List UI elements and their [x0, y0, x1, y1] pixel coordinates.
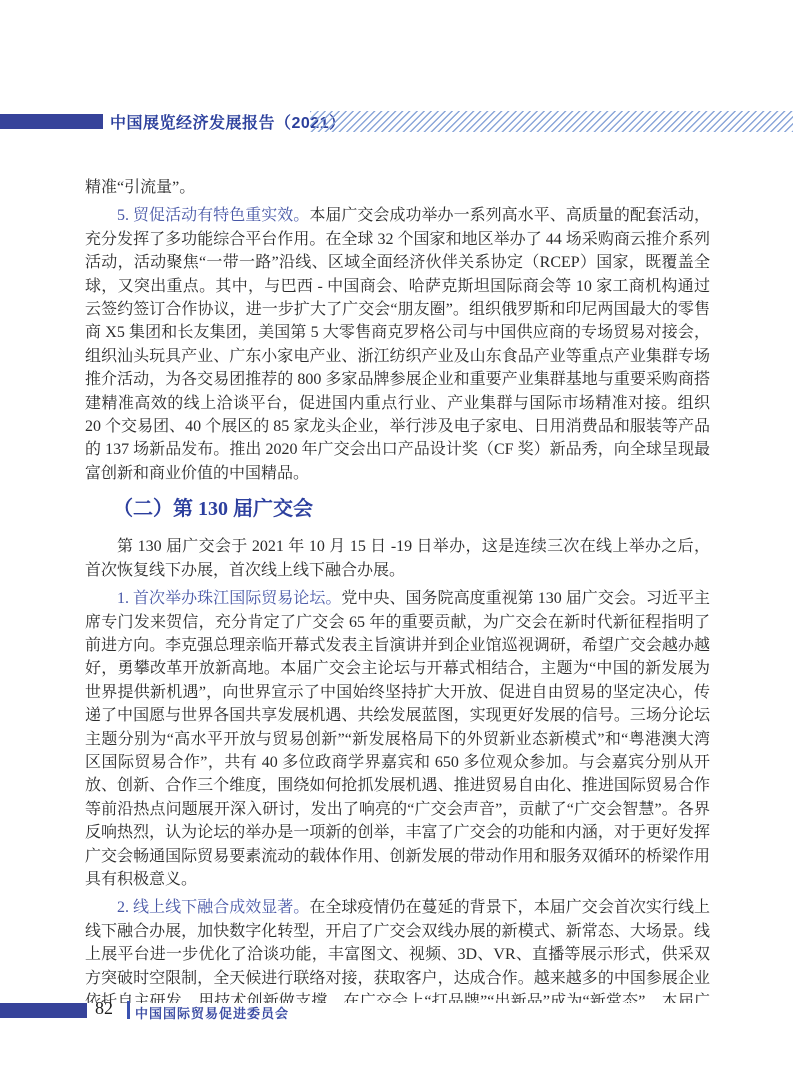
page-header: 中国展览经济发展报告（2021）	[0, 110, 793, 136]
paragraph-point5: 5. 贸促活动有特色重实效。本届广交会成功举办一系列高水平、高质量的配套活动，充…	[85, 204, 710, 485]
paragraph-point2: 2. 线上线下融合成效显著。在全球疫情仍在蔓延的背景下，本届广交会首次实行线上线…	[85, 896, 710, 1003]
point5-lead-sentence: 5. 贸促活动有特色重实效。	[117, 207, 309, 224]
paragraph-carryover: 精准“引流量”。	[85, 176, 710, 199]
report-page: 中国展览经济发展报告（2021） 精准“引流量”。 5. 贸促活动有特色重实效。…	[0, 0, 793, 1077]
page-footer: 82 中国国际贸易促进委员会	[0, 995, 793, 1025]
footer-divider	[127, 1001, 130, 1019]
point2-lead-sentence: 2. 线上线下融合成效显著。	[117, 899, 309, 916]
point1-body-text: 党中央、国务院高度重视第 130 届广交会。习近平主席专门发来贺信，充分肯定了广…	[85, 590, 710, 888]
footer-accent-bar	[0, 1003, 87, 1018]
point5-body-text: 本届广交会成功举办一系列高水平、高质量的配套活动，充分发挥了多功能综合平台作用。…	[85, 207, 710, 481]
page-number: 82	[95, 998, 113, 1019]
point1-lead-sentence: 1. 首次举办珠江国际贸易论坛。	[117, 590, 341, 607]
hatch-pattern-decoration	[310, 111, 793, 132]
organization-name: 中国国际贸易促进委员会	[135, 1003, 289, 1022]
paragraph-point1: 1. 首次举办珠江国际贸易论坛。党中央、国务院高度重视第 130 届广交会。习近…	[85, 587, 710, 891]
page-body: 精准“引流量”。 5. 贸促活动有特色重实效。本届广交会成功举办一系列高水平、高…	[85, 176, 710, 1003]
section-heading: （二）第 130 届广交会	[85, 495, 710, 523]
header-accent-bar	[0, 114, 103, 129]
paragraph-section-intro: 第 130 届广交会于 2021 年 10 月 15 日 -19 日举办，这是连…	[85, 535, 710, 582]
